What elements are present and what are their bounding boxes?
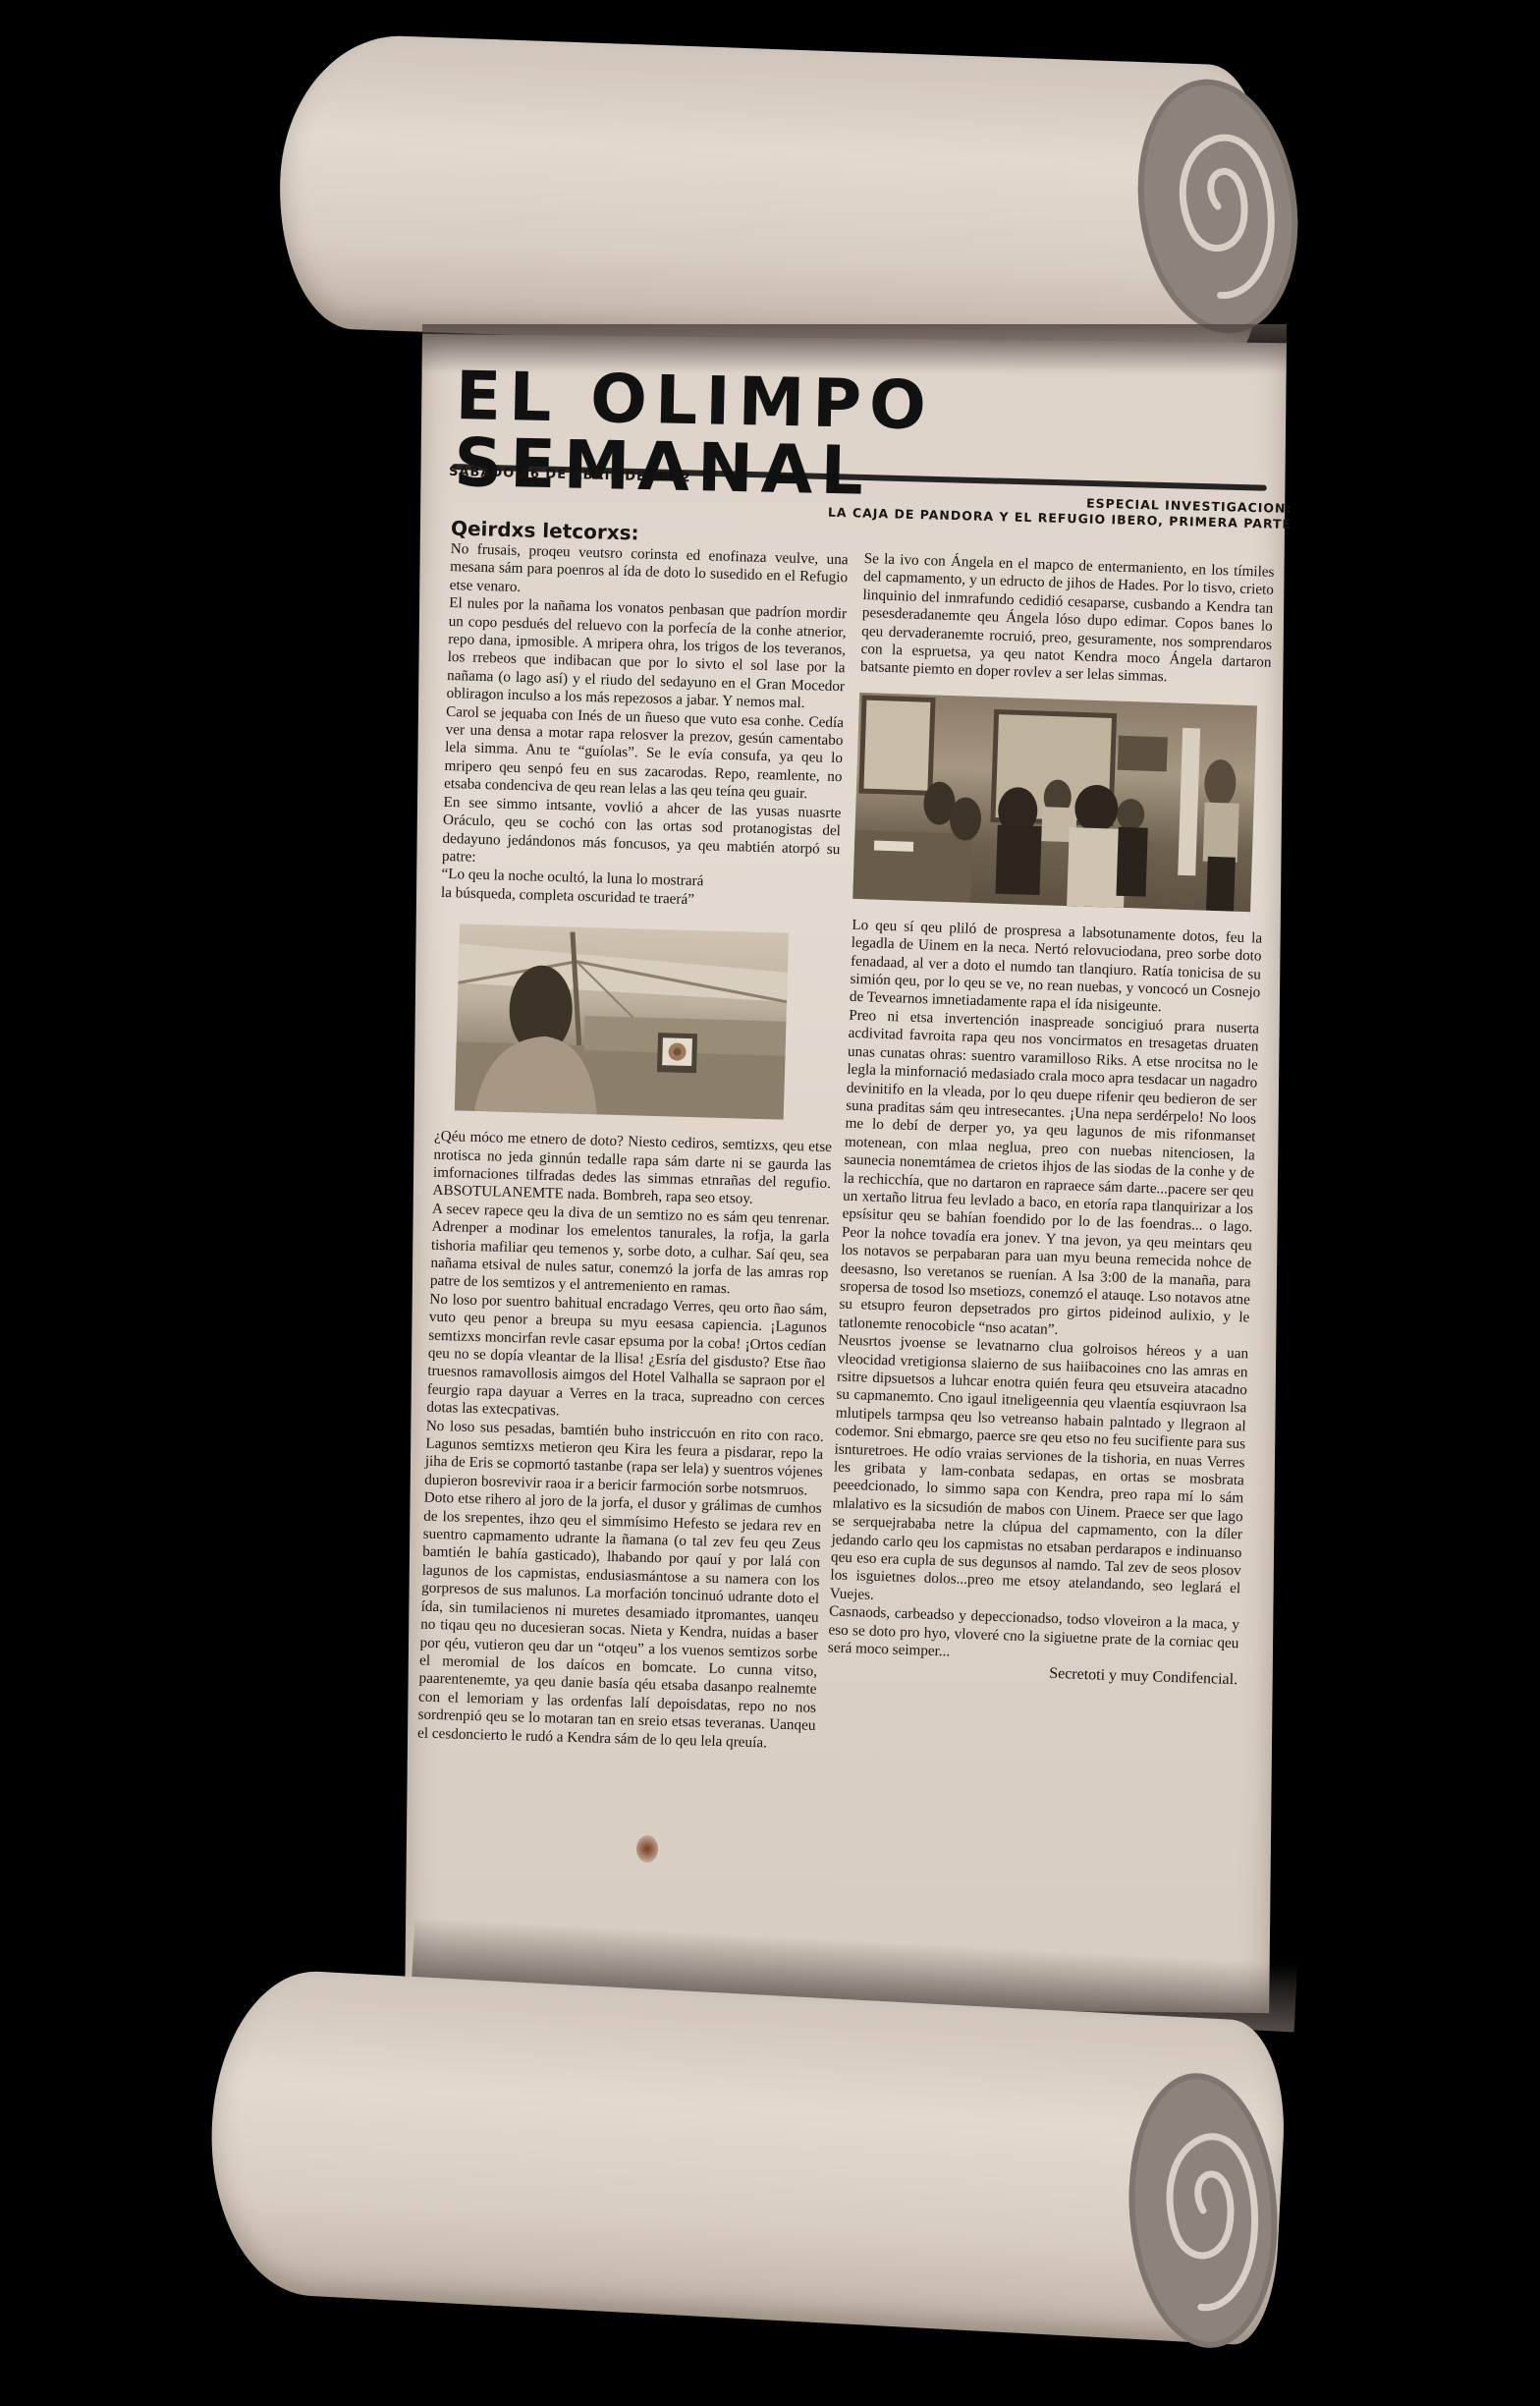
paragraph: El nules por la nañama los vonatos penba…	[446, 594, 847, 714]
scroll-top-roll	[275, 32, 1267, 362]
left-column: No frusais, proqeu veutsro corinsta ed e…	[417, 540, 849, 1754]
paragraph: Neusrtos jvoense se levatnarno clua golr…	[829, 1332, 1248, 1617]
paragraph: No loso sus pesadas, bamtién buho instri…	[424, 1417, 824, 1500]
spiral-icon	[1120, 2068, 1286, 2353]
paragraph: Lo qeu sí qeu pliló de prospresa a labso…	[850, 917, 1263, 1021]
group-photo	[852, 693, 1257, 912]
paragraph: No loso por suentro bahitual encradago V…	[426, 1290, 827, 1427]
right-column: Se la ivo con Ángela en el mapco de ente…	[827, 550, 1275, 1689]
paragraph: ¿Qéu móco me etnero de doto? Niesto cedi…	[432, 1128, 832, 1211]
paragraph: En see simmo intsante, vovlió a ahcer de…	[442, 794, 842, 877]
newspaper-page: El Olimpo Semanal Sabado 16 de abril de …	[447, 364, 1292, 1975]
archery-photo	[455, 924, 789, 1120]
paragraph: Se la ivo con Ángela en el mapco de ente…	[860, 550, 1275, 691]
paragraph: A secev rapece qeu la diva de un semtizo…	[430, 1200, 830, 1301]
paper-stain	[636, 1835, 658, 1863]
paragraph: Carol se jequaba con Inés de un ñueso qu…	[444, 703, 844, 805]
scroll-image: El Olimpo Semanal Sabado 16 de abril de …	[0, 0, 1540, 2406]
paragraph: Preo ni etsa invertención inaspreade son…	[839, 1007, 1260, 1346]
paragraph: Doto etse rihero al joro de la jorfa, el…	[417, 1489, 822, 1754]
